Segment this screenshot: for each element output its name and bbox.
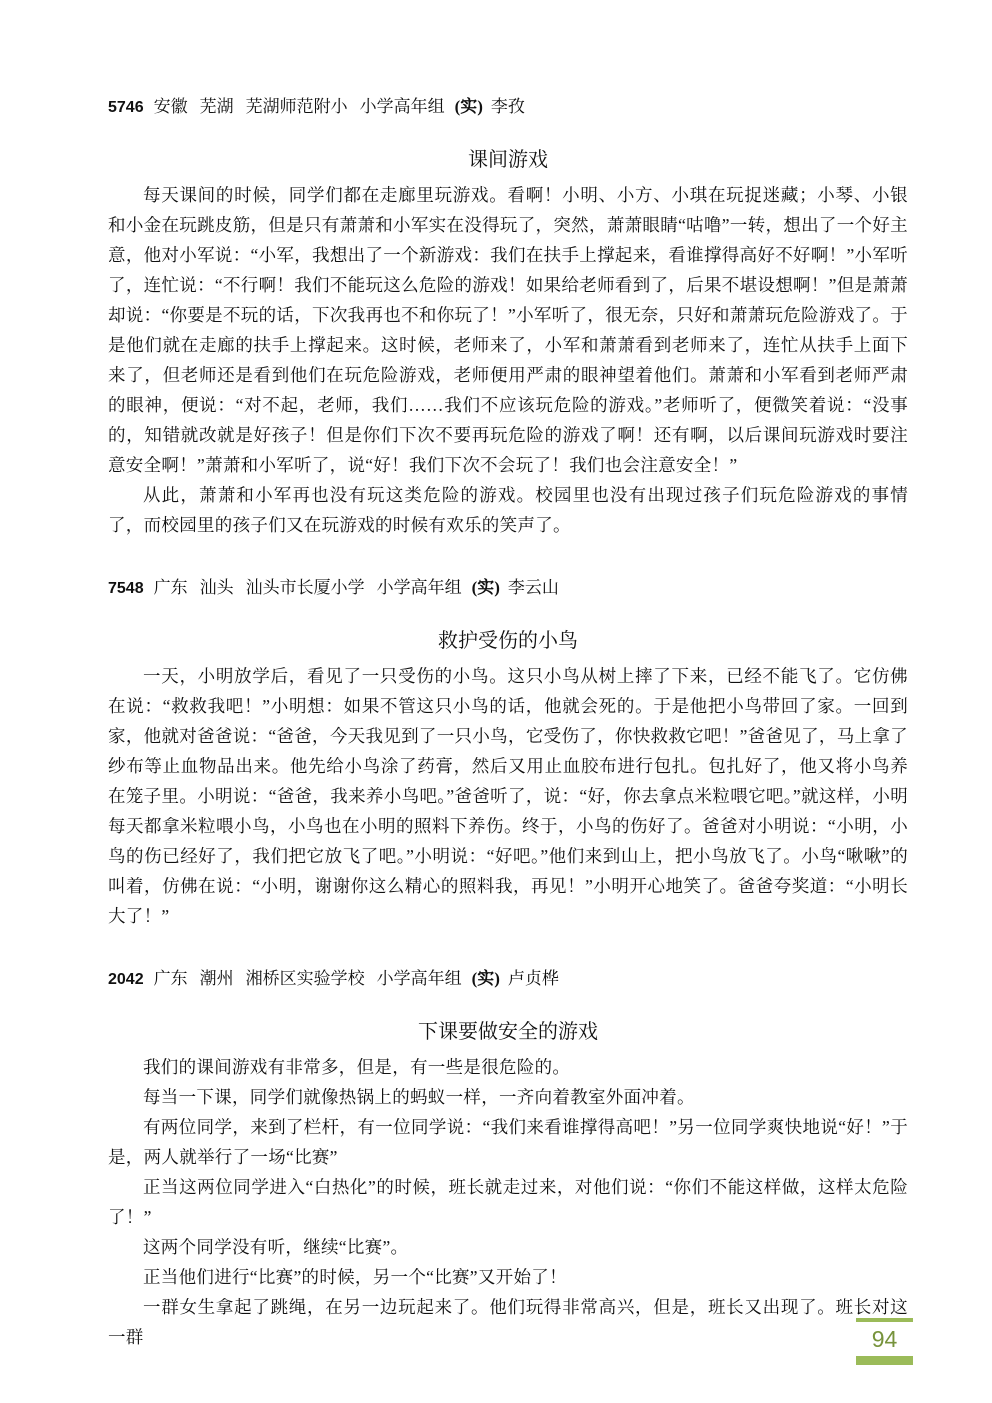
essay-paragraph: 正当他们进行“比赛”的时候，另一个“比赛”又开始了！ <box>108 1262 908 1292</box>
entry-city: 芜湖 <box>200 97 234 116</box>
essay-entry-3: 2042广东潮州湘桥区实验学校小学高年组(实)卢贞桦 下课要做安全的游戏 我们的… <box>108 968 908 1352</box>
essay-paragraph: 从此，萧萧和小军再也没有玩这类危险的游戏。校园里也没有出现过孩子们玩危险游戏的事… <box>108 480 908 540</box>
essay-title: 下课要做安全的游戏 <box>108 1018 908 1046</box>
entry-tag: (实) <box>472 578 500 597</box>
entry-author: 卢贞桦 <box>508 969 559 988</box>
essay-paragraph: 我们的课间游戏有非常多，但是，有一些是很危险的。 <box>108 1052 908 1082</box>
entry-city: 潮州 <box>200 969 234 988</box>
entry-group: 小学高年组 <box>377 969 462 988</box>
entry-school: 芜湖师范附小 <box>246 97 348 116</box>
essay-entry-2: 7548广东汕头汕头市长厦小学小学高年组(实)李云山 救护受伤的小鸟 一天，小明… <box>108 577 908 931</box>
entry-school: 汕头市长厦小学 <box>246 578 365 597</box>
page-number-footer: 94 <box>856 1318 913 1365</box>
entry-id: 2042 <box>108 971 144 988</box>
entry-header: 7548广东汕头汕头市长厦小学小学高年组(实)李云山 <box>108 577 908 600</box>
entry-author: 李孜 <box>491 97 525 116</box>
page-number: 94 <box>856 1325 913 1353</box>
entry-tag: (实) <box>455 97 483 116</box>
essay-paragraph: 这两个同学没有听，继续“比赛”。 <box>108 1232 908 1262</box>
document-page: { "page": { "number": "94", "accent_colo… <box>0 0 992 1403</box>
entry-id: 7548 <box>108 580 144 597</box>
entry-region: 安徽 <box>154 97 188 116</box>
entry-author: 李云山 <box>508 578 559 597</box>
entry-school: 湘桥区实验学校 <box>246 969 365 988</box>
footer-accent-thin-line <box>856 1318 913 1322</box>
entry-region: 广东 <box>154 578 188 597</box>
essay-paragraph: 每天课间的时候，同学们都在走廊里玩游戏。看啊！小明、小方、小琪在玩捉迷藏；小琴、… <box>108 180 908 480</box>
entry-tag: (实) <box>472 969 500 988</box>
essay-paragraph: 一天，小明放学后，看见了一只受伤的小鸟。这只小鸟从树上摔了下来，已经不能飞了。它… <box>108 661 908 931</box>
essay-paragraph: 正当这两位同学进入“白热化”的时候，班长就走过来，对他们说：“你们不能这样做，这… <box>108 1172 908 1232</box>
essay-title: 救护受伤的小鸟 <box>108 627 908 655</box>
essay-entry-1: 5746安徽芜湖芜湖师范附小小学高年组(实)李孜 课间游戏 每天课间的时候，同学… <box>108 96 908 540</box>
entry-group: 小学高年组 <box>377 578 462 597</box>
entry-header: 5746安徽芜湖芜湖师范附小小学高年组(实)李孜 <box>108 96 908 119</box>
essay-list: 5746安徽芜湖芜湖师范附小小学高年组(实)李孜 课间游戏 每天课间的时候，同学… <box>108 96 908 1352</box>
entry-group: 小学高年组 <box>360 97 445 116</box>
footer-accent-thick-bar <box>856 1356 913 1365</box>
entry-city: 汕头 <box>200 578 234 597</box>
entry-id: 5746 <box>108 99 144 116</box>
essay-title: 课间游戏 <box>108 146 908 174</box>
essay-paragraph: 每当一下课，同学们就像热锅上的蚂蚁一样，一齐向着教室外面冲着。 <box>108 1082 908 1112</box>
entry-header: 2042广东潮州湘桥区实验学校小学高年组(实)卢贞桦 <box>108 968 908 991</box>
essay-paragraph: 有两位同学，来到了栏杆，有一位同学说：“我们来看谁撑得高吧！”另一位同学爽快地说… <box>108 1112 908 1172</box>
entry-region: 广东 <box>154 969 188 988</box>
essay-paragraph: 一群女生拿起了跳绳，在另一边玩起来了。他们玩得非常高兴，但是，班长又出现了。班长… <box>108 1292 908 1352</box>
